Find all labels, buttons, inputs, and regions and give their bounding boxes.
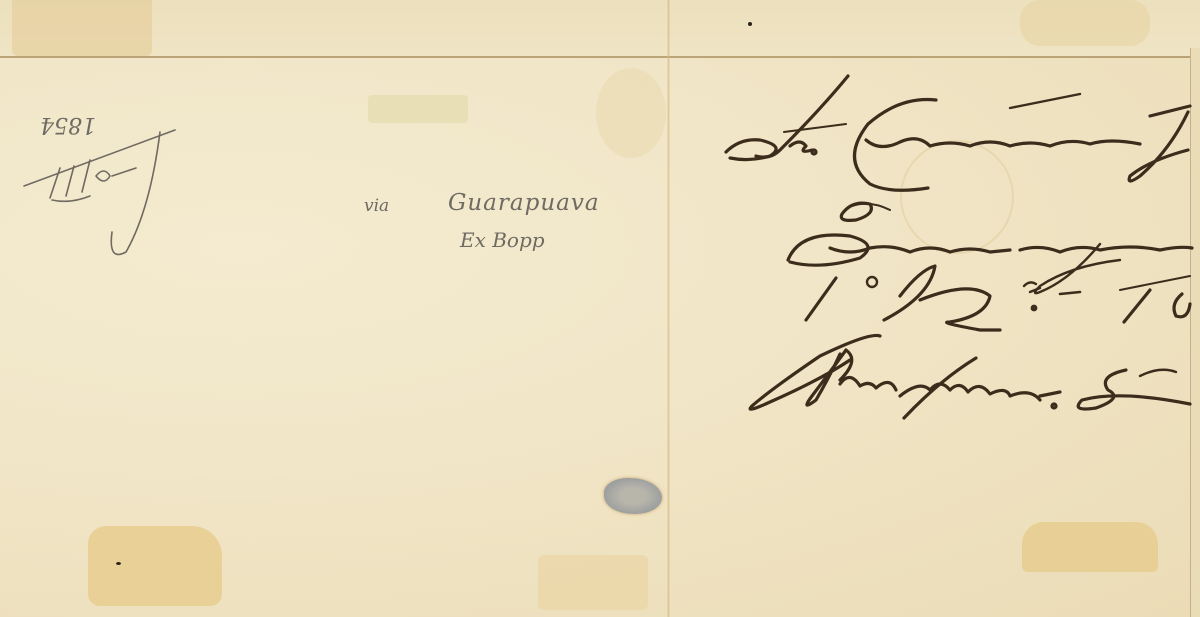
right-panel-address: Sr. Caetano J P. Paranagua 1º M. - 16 Re… [670,50,1190,617]
pencil-signature [24,130,175,255]
